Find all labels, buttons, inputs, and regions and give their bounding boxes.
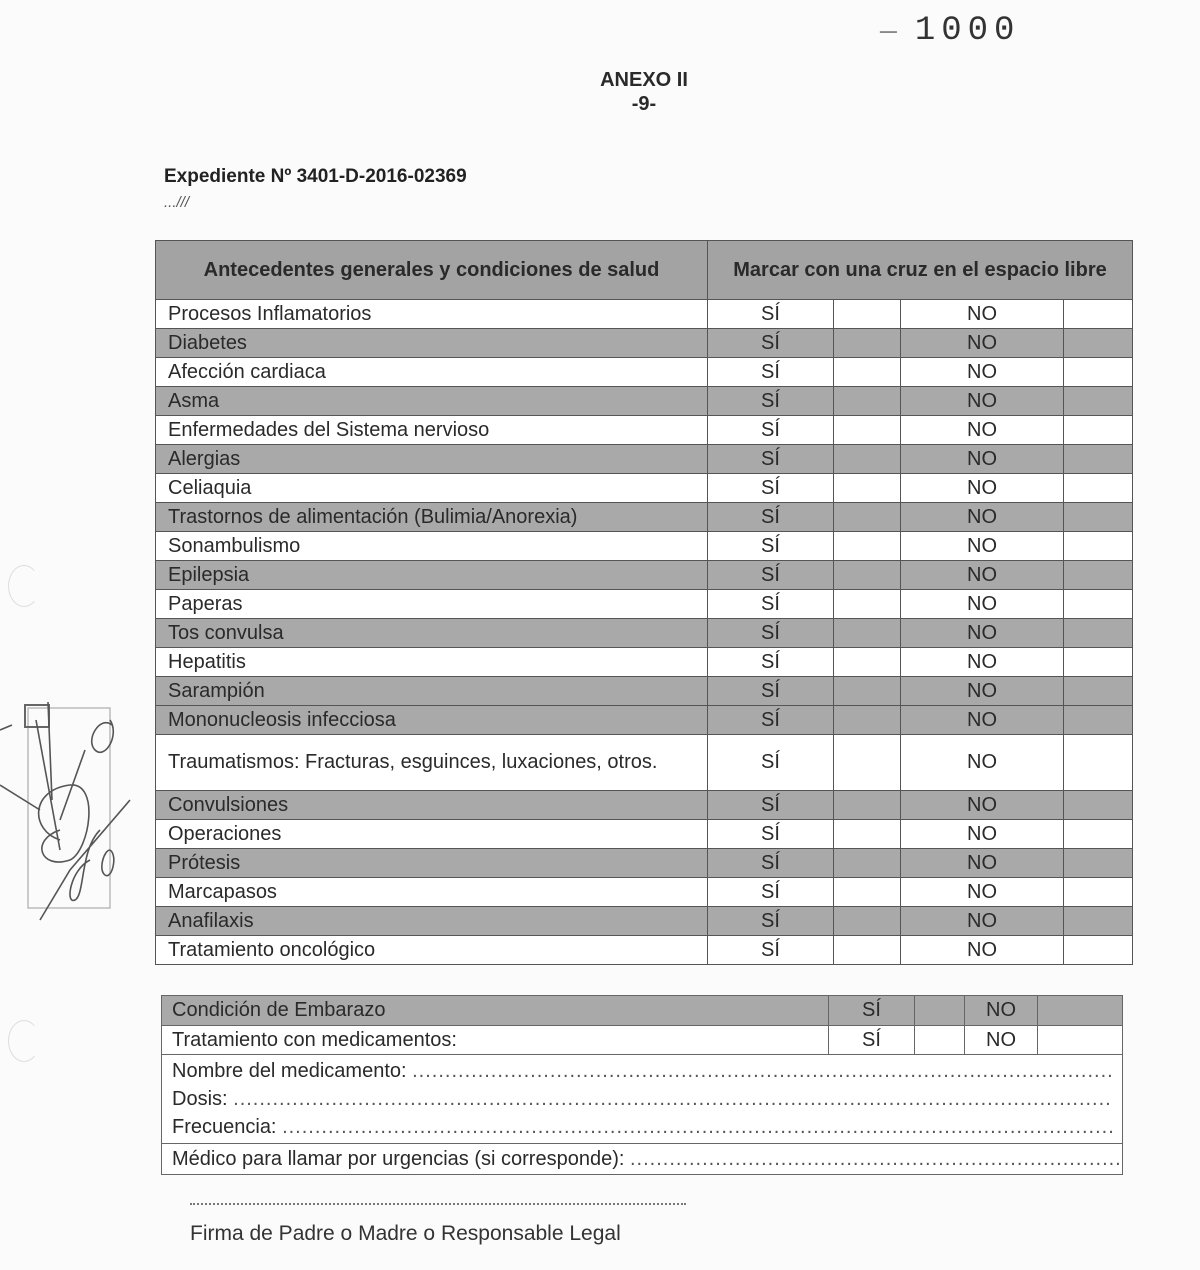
condition-label: Sarampión bbox=[156, 677, 708, 705]
yes-label: SÍ bbox=[708, 791, 834, 819]
condition-label: Enfermedades del Sistema nervioso bbox=[156, 416, 708, 444]
yes-checkbox[interactable] bbox=[834, 329, 901, 357]
yes-label: SÍ bbox=[708, 503, 834, 531]
health-conditions-table: Antecedentes generales y condiciones de … bbox=[155, 240, 1133, 965]
yes-checkbox[interactable] bbox=[834, 648, 901, 676]
folio-number: —1000 bbox=[880, 12, 1020, 50]
frequency-label: Frecuencia: bbox=[172, 1116, 277, 1138]
no-checkbox[interactable] bbox=[1064, 358, 1132, 386]
table-row: SarampiónSÍNO bbox=[156, 676, 1132, 705]
yes-label: SÍ bbox=[708, 619, 834, 647]
no-checkbox[interactable] bbox=[1064, 561, 1132, 589]
no-checkbox[interactable] bbox=[1064, 619, 1132, 647]
table-row: MarcapasosSÍNO bbox=[156, 877, 1132, 906]
no-checkbox[interactable] bbox=[1064, 329, 1132, 357]
condition-label: Afección cardiaca bbox=[156, 358, 708, 386]
yes-label: SÍ bbox=[708, 532, 834, 560]
yes-label: SÍ bbox=[708, 329, 834, 357]
yes-label: SÍ bbox=[708, 936, 834, 964]
yes-label: SÍ bbox=[708, 735, 834, 790]
no-checkbox[interactable] bbox=[1064, 820, 1132, 848]
condition-label: Epilepsia bbox=[156, 561, 708, 589]
table-row: Afección cardiacaSÍNO bbox=[156, 357, 1132, 386]
punch-hole-mark bbox=[8, 565, 40, 607]
no-checkbox[interactable] bbox=[1064, 849, 1132, 877]
yes-checkbox[interactable] bbox=[834, 820, 901, 848]
emergency-doctor-label: Médico para llamar por urgencias (si cor… bbox=[172, 1145, 624, 1173]
condition-label: Paperas bbox=[156, 590, 708, 618]
yes-checkbox[interactable] bbox=[834, 416, 901, 444]
condition-label: Asma bbox=[156, 387, 708, 415]
no-label: NO bbox=[901, 329, 1064, 357]
yes-checkbox[interactable] bbox=[834, 907, 901, 935]
no-checkbox[interactable] bbox=[1038, 996, 1122, 1025]
table-row: ConvulsionesSÍNO bbox=[156, 790, 1132, 819]
yes-label: SÍ bbox=[708, 474, 834, 502]
no-label: NO bbox=[901, 706, 1064, 734]
medication-name-label: Nombre del medicamento: bbox=[172, 1060, 407, 1082]
yes-label: SÍ bbox=[708, 878, 834, 906]
yes-label: SÍ bbox=[708, 590, 834, 618]
signature-label: Firma de Padre o Madre o Responsable Leg… bbox=[190, 1222, 621, 1246]
no-label: NO bbox=[901, 677, 1064, 705]
yes-label: SÍ bbox=[708, 706, 834, 734]
yes-checkbox[interactable] bbox=[915, 996, 965, 1025]
no-label: NO bbox=[901, 619, 1064, 647]
dose-field[interactable]: Dosis: .................................… bbox=[172, 1085, 1112, 1113]
no-label: NO bbox=[901, 735, 1064, 790]
yes-label: SÍ bbox=[708, 416, 834, 444]
yes-checkbox[interactable] bbox=[834, 677, 901, 705]
condition-label: Diabetes bbox=[156, 329, 708, 357]
no-checkbox[interactable] bbox=[1064, 387, 1132, 415]
no-label: NO bbox=[901, 474, 1064, 502]
table-row: SonambulismoSÍNO bbox=[156, 531, 1132, 560]
frequency-field[interactable]: Frecuencia: ............................… bbox=[172, 1113, 1112, 1141]
no-checkbox[interactable] bbox=[1038, 1026, 1122, 1054]
condition-label: Procesos Inflamatorios bbox=[156, 300, 708, 328]
yes-label: SÍ bbox=[708, 849, 834, 877]
table-row: Procesos InflamatoriosSÍNO bbox=[156, 299, 1132, 328]
condition-label: Trastornos de alimentación (Bulimia/Anor… bbox=[156, 503, 708, 531]
continuation-mark: .../// bbox=[164, 194, 189, 211]
no-label: NO bbox=[901, 936, 1064, 964]
yes-checkbox[interactable] bbox=[834, 445, 901, 473]
yes-label: SÍ bbox=[708, 648, 834, 676]
table-row: PaperasSÍNO bbox=[156, 589, 1132, 618]
yes-checkbox[interactable] bbox=[834, 936, 901, 964]
yes-label: SÍ bbox=[708, 300, 834, 328]
condition-label: Anafilaxis bbox=[156, 907, 708, 935]
no-checkbox[interactable] bbox=[1064, 735, 1132, 790]
condition-label: Traumatismos: Fracturas, esguinces, luxa… bbox=[156, 735, 708, 790]
no-label: NO bbox=[901, 878, 1064, 906]
no-label: NO bbox=[901, 300, 1064, 328]
table-row: Tratamiento con medicamentos:SÍNO bbox=[162, 1025, 1122, 1054]
yes-checkbox[interactable] bbox=[834, 735, 901, 790]
no-label: NO bbox=[901, 387, 1064, 415]
no-checkbox[interactable] bbox=[1064, 474, 1132, 502]
yes-checkbox[interactable] bbox=[834, 474, 901, 502]
yes-label: SÍ bbox=[708, 445, 834, 473]
yes-label: SÍ bbox=[708, 907, 834, 935]
yes-checkbox[interactable] bbox=[834, 503, 901, 531]
condition-label: Sonambulismo bbox=[156, 532, 708, 560]
yes-checkbox[interactable] bbox=[834, 387, 901, 415]
no-checkbox[interactable] bbox=[1064, 706, 1132, 734]
condition-label: Operaciones bbox=[156, 820, 708, 848]
signature-line[interactable] bbox=[190, 1203, 686, 1205]
yes-checkbox[interactable] bbox=[834, 300, 901, 328]
no-label: NO bbox=[901, 358, 1064, 386]
condition-label: Marcapasos bbox=[156, 878, 708, 906]
no-label: NO bbox=[965, 996, 1038, 1025]
table-row: CeliaquiaSÍNO bbox=[156, 473, 1132, 502]
yes-checkbox[interactable] bbox=[834, 706, 901, 734]
no-checkbox[interactable] bbox=[1064, 445, 1132, 473]
yes-checkbox[interactable] bbox=[834, 878, 901, 906]
no-checkbox[interactable] bbox=[1064, 590, 1132, 618]
punch-hole-mark bbox=[8, 1020, 40, 1062]
table-row: Mononucleosis infecciosaSÍNO bbox=[156, 705, 1132, 734]
no-checkbox[interactable] bbox=[1064, 503, 1132, 531]
no-checkbox[interactable] bbox=[1064, 677, 1132, 705]
medication-table: Condición de EmbarazoSÍNOTratamiento con… bbox=[161, 995, 1123, 1175]
handwritten-initials bbox=[0, 690, 150, 930]
expediente-number: Expediente Nº 3401-D-2016-02369 bbox=[164, 166, 467, 188]
condition-label: Prótesis bbox=[156, 849, 708, 877]
no-checkbox[interactable] bbox=[1064, 300, 1132, 328]
yes-checkbox[interactable] bbox=[834, 849, 901, 877]
no-label: NO bbox=[901, 648, 1064, 676]
no-label: NO bbox=[901, 849, 1064, 877]
table-row: EpilepsiaSÍNO bbox=[156, 560, 1132, 589]
yes-checkbox[interactable] bbox=[915, 1026, 965, 1054]
yes-label: SÍ bbox=[829, 996, 915, 1025]
yes-checkbox[interactable] bbox=[834, 791, 901, 819]
yes-label: SÍ bbox=[829, 1026, 915, 1054]
table-row: AlergiasSÍNO bbox=[156, 444, 1132, 473]
page-marker: -9- bbox=[0, 92, 1200, 116]
condition-label: Alergias bbox=[156, 445, 708, 473]
no-checkbox[interactable] bbox=[1064, 648, 1132, 676]
no-label: NO bbox=[901, 416, 1064, 444]
table-row: AnafilaxisSÍNO bbox=[156, 906, 1132, 935]
table-row: DiabetesSÍNO bbox=[156, 328, 1132, 357]
no-label: NO bbox=[901, 532, 1064, 560]
yes-label: SÍ bbox=[708, 358, 834, 386]
table-row: Tos convulsaSÍNO bbox=[156, 618, 1132, 647]
table-row: Trastornos de alimentación (Bulimia/Anor… bbox=[156, 502, 1132, 531]
table-row: HepatitisSÍNO bbox=[156, 647, 1132, 676]
no-label: NO bbox=[901, 791, 1064, 819]
condition-label: Celiaquia bbox=[156, 474, 708, 502]
yes-label: SÍ bbox=[708, 387, 834, 415]
no-label: NO bbox=[901, 561, 1064, 589]
table-row: Tratamiento oncológicoSÍNO bbox=[156, 935, 1132, 964]
yes-checkbox[interactable] bbox=[834, 590, 901, 618]
no-checkbox[interactable] bbox=[1064, 791, 1132, 819]
no-checkbox[interactable] bbox=[1064, 532, 1132, 560]
table-row: Enfermedades del Sistema nerviosoSÍNO bbox=[156, 415, 1132, 444]
condition-label: Condición de Embarazo bbox=[162, 996, 829, 1025]
no-checkbox[interactable] bbox=[1064, 878, 1132, 906]
condition-label: Tratamiento oncológico bbox=[156, 936, 708, 964]
emergency-doctor-field[interactable]: Médico para llamar por urgencias (si cor… bbox=[162, 1143, 1122, 1174]
no-checkbox[interactable] bbox=[1064, 416, 1132, 444]
yes-checkbox[interactable] bbox=[834, 619, 901, 647]
dose-label: Dosis: bbox=[172, 1088, 228, 1110]
yes-label: SÍ bbox=[708, 561, 834, 589]
no-label: NO bbox=[901, 820, 1064, 848]
medication-details: Nombre del medicamento: ................… bbox=[162, 1054, 1122, 1143]
table-header: Antecedentes generales y condiciones de … bbox=[156, 241, 1132, 299]
no-label: NO bbox=[901, 445, 1064, 473]
table-row: AsmaSÍNO bbox=[156, 386, 1132, 415]
table-row: Traumatismos: Fracturas, esguinces, luxa… bbox=[156, 734, 1132, 790]
yes-checkbox[interactable] bbox=[834, 561, 901, 589]
yes-checkbox[interactable] bbox=[834, 358, 901, 386]
yes-checkbox[interactable] bbox=[834, 532, 901, 560]
condition-label: Hepatitis bbox=[156, 648, 708, 676]
medication-name-field[interactable]: Nombre del medicamento: ................… bbox=[172, 1057, 1112, 1085]
header-instructions: Marcar con una cruz en el espacio libre bbox=[708, 241, 1132, 299]
condition-label: Tratamiento con medicamentos: bbox=[162, 1026, 829, 1054]
condition-label: Tos convulsa bbox=[156, 619, 708, 647]
annex-title: ANEXO II bbox=[0, 68, 1200, 92]
no-checkbox[interactable] bbox=[1064, 936, 1132, 964]
folio-value: 1000 bbox=[915, 12, 1021, 50]
yes-label: SÍ bbox=[708, 820, 834, 848]
condition-label: Mononucleosis infecciosa bbox=[156, 706, 708, 734]
no-checkbox[interactable] bbox=[1064, 907, 1132, 935]
yes-label: SÍ bbox=[708, 677, 834, 705]
no-label: NO bbox=[965, 1026, 1038, 1054]
header-conditions: Antecedentes generales y condiciones de … bbox=[156, 241, 708, 299]
no-label: NO bbox=[901, 907, 1064, 935]
table-row: Condición de EmbarazoSÍNO bbox=[162, 996, 1122, 1025]
annex-heading: ANEXO II -9- bbox=[0, 68, 1200, 116]
no-label: NO bbox=[901, 590, 1064, 618]
table-row: OperacionesSÍNO bbox=[156, 819, 1132, 848]
table-row: PrótesisSÍNO bbox=[156, 848, 1132, 877]
no-label: NO bbox=[901, 503, 1064, 531]
condition-label: Convulsiones bbox=[156, 791, 708, 819]
